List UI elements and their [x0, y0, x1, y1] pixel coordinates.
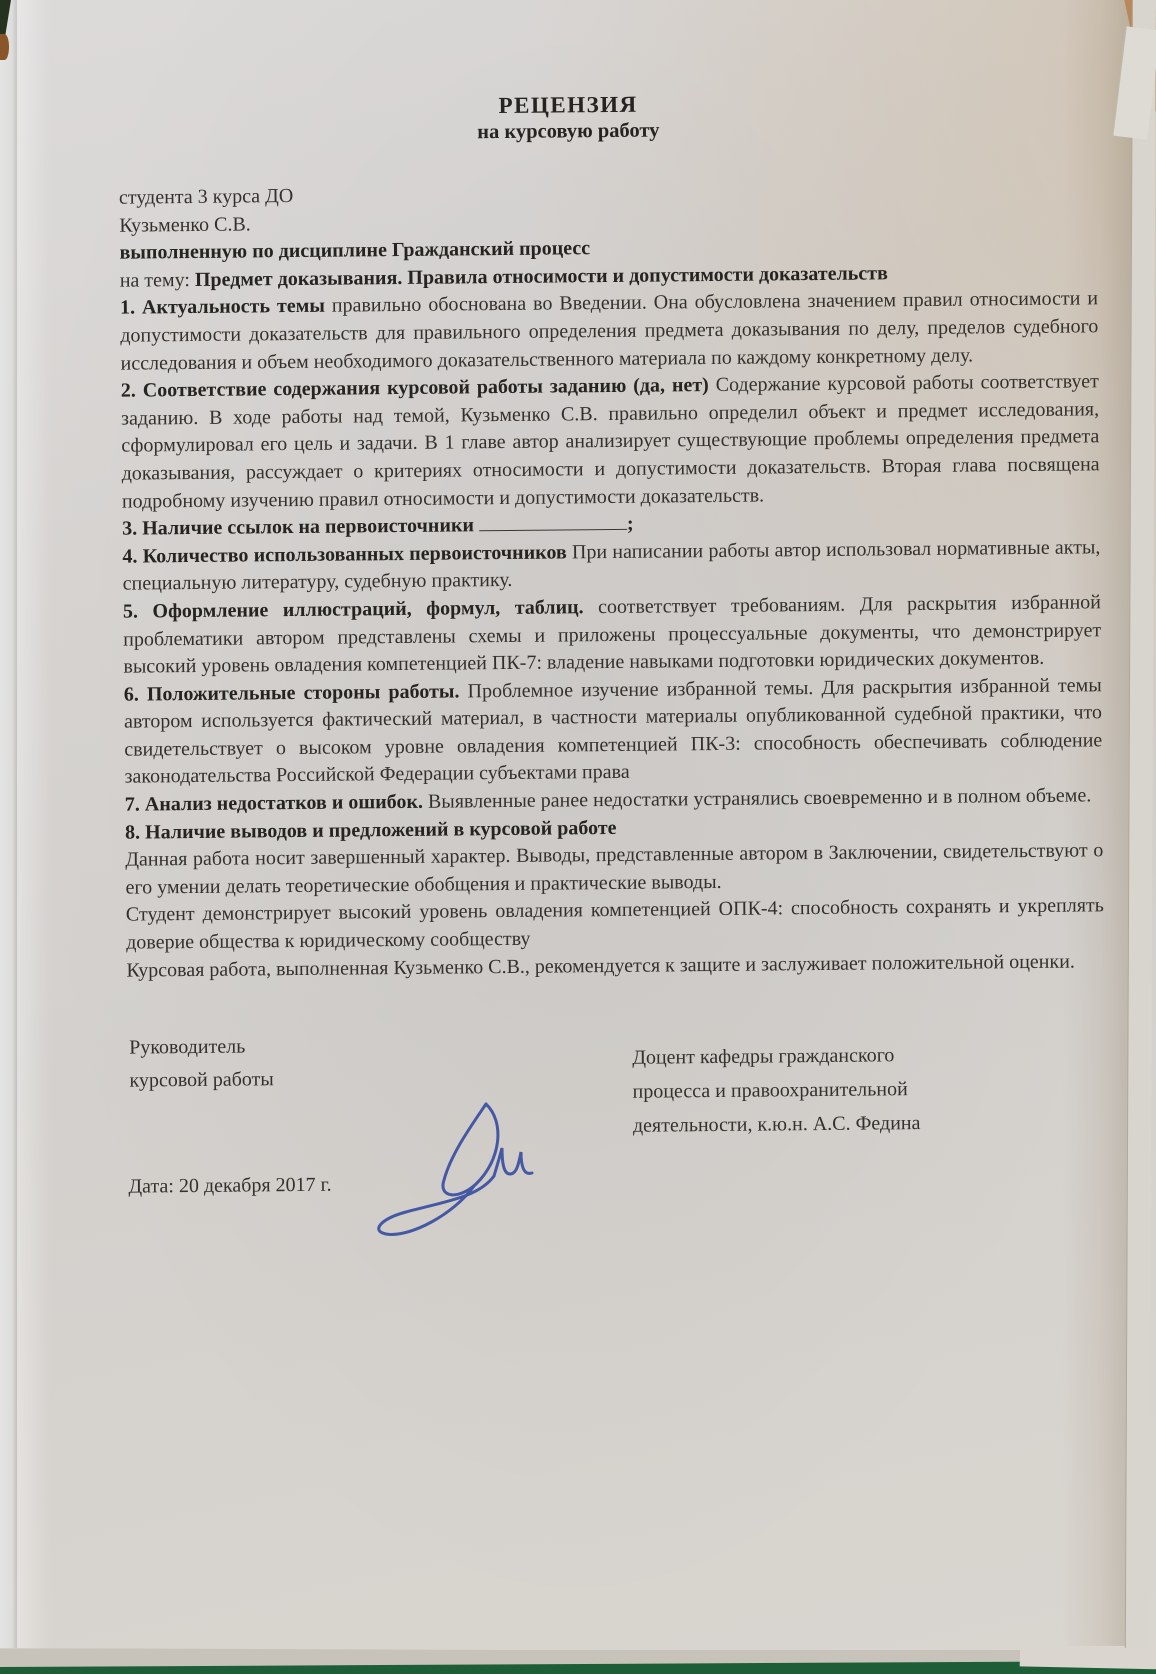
review-item-5: 5. Оформление иллюстраций, формул, табли…	[123, 589, 1102, 681]
supervisor-role: Руководитель курсовой работы	[129, 1030, 274, 1097]
item-1-heading: 1. Актуальность темы	[120, 295, 325, 319]
item-2-heading: 2. Соответствие содержания курсовой рабо…	[121, 374, 709, 402]
item-5-heading: 5. Оформление иллюстраций, формул, табли…	[123, 596, 584, 622]
review-item-2: 2. Соответствие содержания курсовой рабо…	[121, 368, 1100, 515]
supervisor-title-line-1: Доцент кафедры гражданского	[632, 1038, 920, 1075]
supervisor-title-line-3: деятельности, к.ю.н. А.С. Федина	[633, 1106, 921, 1143]
supervisor-role-line-2: курсовой работы	[129, 1063, 274, 1097]
topic-title: Предмет доказывания. Правила относимости…	[195, 262, 888, 291]
supervisor-title-line-2: процесса и правоохранительной	[632, 1072, 920, 1109]
supervisor-title: Доцент кафедры гражданского процесса и п…	[632, 1038, 920, 1143]
review-item-4: 4. Количество использованных первоисточн…	[122, 534, 1100, 599]
desk-brown-sliver	[0, 34, 9, 60]
closing-paragraph-2: Студент демонстрирует высокий уровень ов…	[126, 893, 1104, 958]
item-7-heading: 7. Анализ недостатков и ошибок.	[125, 791, 423, 816]
topic-label: на тему:	[120, 269, 195, 292]
review-item-1: 1. Актуальность темы правильно обоснован…	[120, 286, 1099, 378]
item-3-heading: 3. Наличие ссылок на первоисточники	[122, 514, 474, 539]
item-6-heading: 6. Положительные стороны работы.	[124, 680, 460, 705]
handwritten-signature	[368, 1100, 582, 1252]
signature-row: Руководитель курсовой работы Доцент кафе…	[127, 1022, 1106, 1159]
paper-left-edge	[0, 0, 17, 1648]
blank-underline	[479, 513, 627, 531]
paper-left-highlight	[17, 0, 51, 1648]
item-7-text: Выявленные ранее недостатки устранялись …	[423, 784, 1091, 812]
closing-paragraph-1: Данная работа носит завершенный характер…	[125, 838, 1103, 903]
review-item-6: 6. Положительные стороны работы. Проблем…	[124, 672, 1103, 792]
item-8-heading: 8. Наличие выводов и предложений в курсо…	[125, 817, 617, 844]
item-4-heading: 4. Количество использованных первоисточн…	[122, 541, 567, 567]
item-3-tail: ;	[627, 513, 634, 535]
supervisor-role-line-1: Руководитель	[129, 1030, 274, 1064]
review-document: РЕЦЕНЗИЯ на курсовую работу студента 3 к…	[118, 87, 1107, 1201]
